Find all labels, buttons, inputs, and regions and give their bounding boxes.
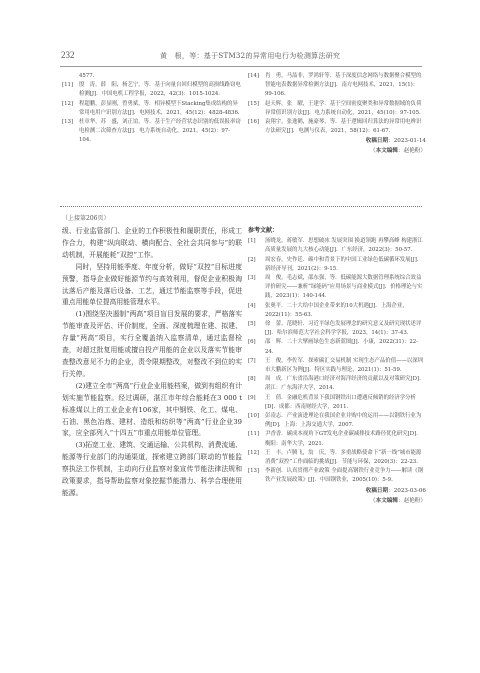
reference-item: [5]徐 蕾，范晓轩．习近平绿色发展理念的研究意义及研究现状述评[J]．哈尔滨师… bbox=[248, 320, 426, 338]
reference-item: [14]肖 勇，马喆非，罗鸿轩等．基于深度信念网络与数据聚合模型的智能电表数据异… bbox=[248, 72, 426, 100]
reference-item: [4]张奥平．二十大给中国企业带来的10大机遇[J]．上海企业，2022(11)… bbox=[248, 302, 426, 320]
reference-item: [13]杜章华，苏 盛，刘正谊，等．基于生产经营状态识别的低误报率窃电检测二次筛… bbox=[62, 118, 242, 146]
reference-item: [10]彭凌志．产业演进理论在我国企业并购中的运用——以钢铁行业为例[D]．上海… bbox=[248, 412, 426, 430]
reference-item: [13]李新创．认真贯彻产业政策 全面提高钢铁行业竞争力——解读《钢铁产业发展政… bbox=[248, 467, 426, 485]
reference-item: [16]袁翔宇，张逸鹤，施豪琴，等．基于逻辑回归算法的异常用电辨识方法研究[J]… bbox=[248, 118, 426, 136]
reference-item: [3]周 俊，毛志斌，邵东强，等．低碳能源大数据管理系统综合效益评价研究——兼析… bbox=[248, 274, 426, 302]
reference-item: [12]王 丰，卢腾飞，翁 庆，等．多重战略使命下“新一线”城市能源消费“双控”… bbox=[248, 449, 426, 467]
editor-credit: （本文编辑：赵艳粉） bbox=[248, 496, 426, 506]
body-text: 级、行业监管部门、企业的工作积极性和履职责任，形成工作合力，构建“纵向联动、横向… bbox=[62, 226, 242, 500]
reference-item: 4577. bbox=[62, 72, 242, 81]
reference-item: [2]周宏春，史作廷．碳中和背景下的中国工业绿色低碳循环发展[J]．新经济导刊，… bbox=[248, 256, 426, 274]
header-divider bbox=[60, 66, 422, 67]
references-section: 参考文献： [1]汤晓龙，蒋敏军．思想破冰 发展突围 换道领跑 再攀高峰 构建浙… bbox=[248, 226, 426, 506]
reference-item: [9]王 倩．金融危机背景下我国钢铁出口遭遇反倾销的经济学分析[D]．成都：西南… bbox=[248, 394, 426, 412]
reference-item: [7]王 俊，李佐军．探索碳汇交易机制 实现生态产品价值——以深圳市大鹏新区为例… bbox=[248, 357, 426, 375]
paragraph: 级、行业监管部门、企业的工作积极性和履职责任，形成工作合力，构建“纵向联动、横向… bbox=[62, 226, 242, 262]
reference-item: [11]殷 涛，薛 阳，杨艺宁，等．基于向量自回归模型的高损线路窃电检测[J]．… bbox=[62, 81, 242, 99]
running-title: 黄 根，等：基于STM32的异常用电行为检测算法研究 bbox=[160, 51, 340, 61]
reference-item: [8]周 成．广东省沿海港口经济对海洋经济的贡献以及对策研究[D]．湛江：广东海… bbox=[248, 375, 426, 393]
received-date: 收稿日期：2023-03-06 bbox=[248, 486, 426, 496]
reference-item: [12]程超鹏，彭显刚，曾勇斌，等．相异模型下Stacking集成结构的异常用电… bbox=[62, 100, 242, 118]
article-separator bbox=[60, 206, 422, 207]
reference-item: [1]汤晓龙，蒋敏军．思想破冰 发展突围 换道领跑 再攀高峰 构建浙江高质量发展… bbox=[248, 237, 426, 255]
paragraph: (2)建立全市“两高”行业企业用能档案，做到有组织有计划实施节能监察。经过调研，… bbox=[62, 381, 242, 441]
editor-credit: （本文编辑：赵艳粉） bbox=[248, 146, 426, 156]
paragraph: (3)拓宽工业、建筑、交通运输、公共机构、消费流通、能源等行业部门的沟通渠道，探… bbox=[62, 440, 242, 500]
prev-refs-right: [14]肖 勇，马喆非，罗鸿轩等．基于深度信念网络与数据聚合模型的智能电表数据异… bbox=[248, 72, 426, 156]
paragraph: 同时，坚持用能季度、年度分析，做好“双控”目标进度预警，指导企业做好能源节约与高… bbox=[62, 262, 242, 310]
reference-item: [6]邵 辉．二十大擘画绿色生态新蓝图[J]．小康，2022(31)：22-24… bbox=[248, 338, 426, 356]
prev-refs-left: 4577. [11]殷 涛，薛 阳，杨艺宁，等．基于向量自回归模型的高损线路窃电… bbox=[62, 72, 242, 146]
reference-item: [15]赵天辉，张 曜，王建学．基于空间密度聚类和异常数据域的负荷异常值识别方法… bbox=[248, 100, 426, 118]
received-date: 收稿日期：2023-01-14 bbox=[248, 136, 426, 146]
references-heading: 参考文献： bbox=[248, 226, 426, 235]
page-number: 232 bbox=[61, 50, 75, 60]
continued-from-label: （上接第206页） bbox=[62, 213, 109, 222]
paragraph: (1)围绕坚决遏制“两高”项目盲目发展的要求，严格落实节能审查及评估、评价制度，… bbox=[62, 309, 242, 380]
reference-item: [11]尹香香．碳成本视角下GT发电企业碳减排技术路径优化研究[D]．衡阳：南华… bbox=[248, 430, 426, 448]
